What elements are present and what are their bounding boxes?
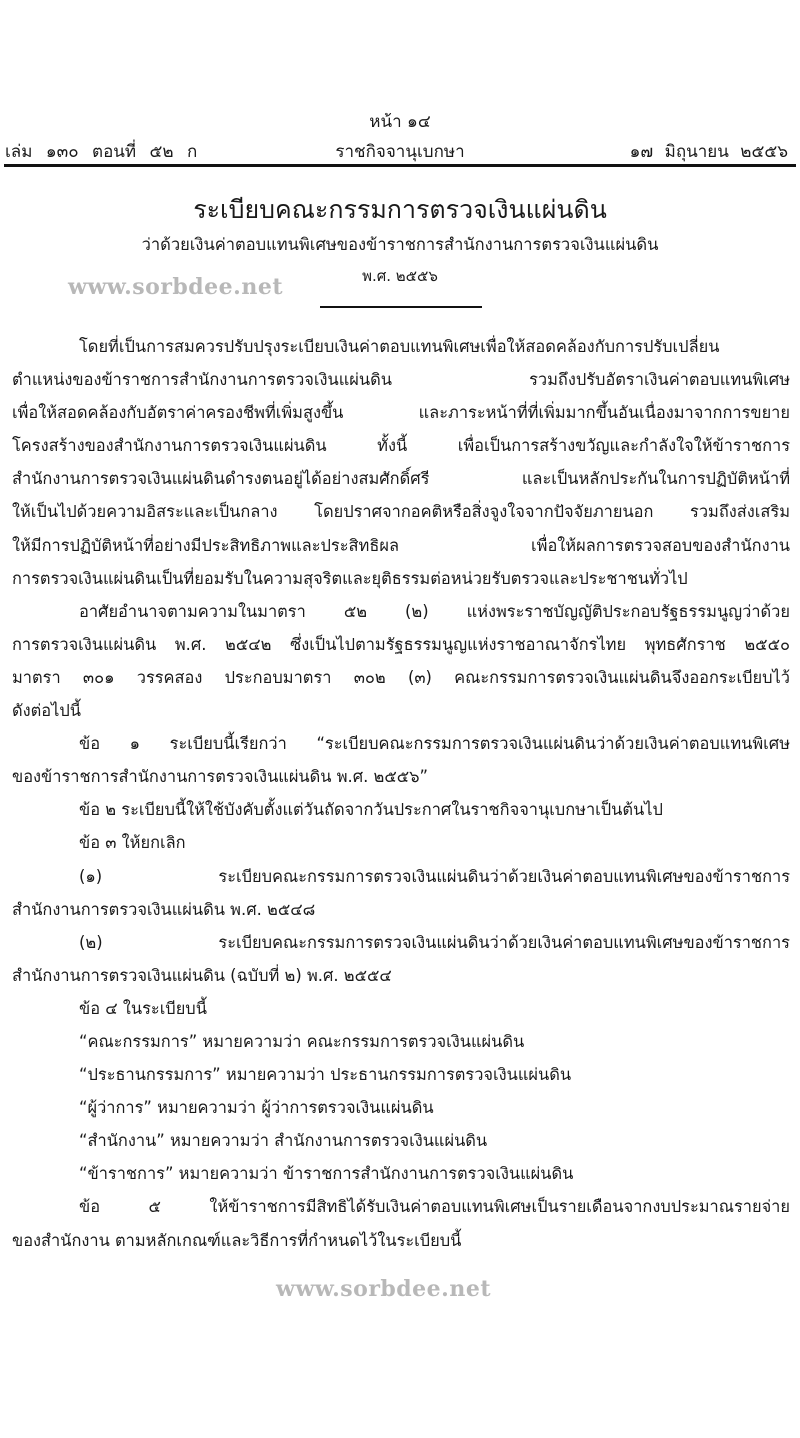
body-line: เพื่อให้สอดคล้องกับอัตราค่าครองชีพที่เพิ… xyxy=(12,396,790,429)
body-line: สำนักงานการตรวจเงินแผ่นดิน พ.ศ. ๒๕๔๘ xyxy=(12,893,790,926)
body-line: มาตรา ๓๐๑ วรรคสอง ประกอบมาตรา ๓๐๒ (๓) คณ… xyxy=(12,661,790,694)
body-line: ของสำนักงาน ตามหลักเกณฑ์และวิธีการที่กำห… xyxy=(12,1224,790,1257)
header-divider xyxy=(4,164,796,167)
body-line: ให้มีการปฏิบัติหน้าที่อย่างมีประสิทธิภาพ… xyxy=(12,529,790,562)
body-line: (๑) ระเบียบคณะกรรมการตรวจเงินแผ่นดินว่าด… xyxy=(12,860,790,893)
body-line: สำนักงานการตรวจเงินแผ่นดินดำรงตนอยู่ได้อ… xyxy=(12,462,790,495)
page-number: หน้า ๑๔ xyxy=(0,108,800,135)
watermark-top: www.sorbdee.net xyxy=(68,274,283,300)
title-divider xyxy=(320,306,482,308)
body-line: ข้อ ๒ ระเบียบนี้ให้ใช้บังคับตั้งแต่วันถั… xyxy=(12,793,790,826)
body-line: การตรวจเงินแผ่นดินเป็นที่ยอมรับในความสุจ… xyxy=(12,562,790,595)
body-line: ข้อ ๑ ระเบียบนี้เรียกว่า “ระเบียบคณะกรรม… xyxy=(12,727,790,760)
document-body: โดยที่เป็นการสมควรปรับปรุงระเบียบเงินค่า… xyxy=(12,330,790,1257)
body-line: อาศัยอำนาจตามความในมาตรา ๕๒ (๒) แห่งพระร… xyxy=(12,595,790,628)
body-line: โดยที่เป็นการสมควรปรับปรุงระเบียบเงินค่า… xyxy=(12,330,790,363)
body-line: โครงสร้างของสำนักงานการตรวจเงินแผ่นดิน ท… xyxy=(12,429,790,462)
body-line: ข้อ ๕ ให้ข้าราชการมีสิทธิได้รับเงินค่าตอ… xyxy=(12,1190,790,1223)
body-line: ดังต่อไปนี้ xyxy=(12,694,790,727)
body-line: “คณะกรรมการ” หมายความว่า คณะกรรมการตรวจเ… xyxy=(12,1025,790,1058)
watermark-bottom: www.sorbdee.net xyxy=(276,1276,491,1302)
document-subtitle: ว่าด้วยเงินค่าตอบแทนพิเศษของข้าราชการสำน… xyxy=(0,232,800,258)
body-line: ให้เป็นไปด้วยความอิสระและเป็นกลาง โดยปรา… xyxy=(12,495,790,528)
body-line: (๒) ระเบียบคณะกรรมการตรวจเงินแผ่นดินว่าด… xyxy=(12,926,790,959)
body-line: สำนักงานการตรวจเงินแผ่นดิน (ฉบับที่ ๒) พ… xyxy=(12,959,790,992)
publication-date: ๑๗ มิถุนายน ๒๕๕๖ xyxy=(630,138,788,165)
body-line: “สำนักงาน” หมายความว่า สำนักงานการตรวจเง… xyxy=(12,1124,790,1157)
body-line: ข้อ ๓ ให้ยกเลิก xyxy=(12,826,790,859)
body-line: ของข้าราชการสำนักงานการตรวจเงินแผ่นดิน พ… xyxy=(12,760,790,793)
body-line: การตรวจเงินแผ่นดิน พ.ศ. ๒๕๔๒ ซึ่งเป็นไปต… xyxy=(12,628,790,661)
body-line: “ผู้ว่าการ” หมายความว่า ผู้ว่าการตรวจเงิ… xyxy=(12,1091,790,1124)
document-title: ระเบียบคณะกรรมการตรวจเงินแผ่นดิน xyxy=(0,190,800,230)
body-line: “ประธานกรรมการ” หมายความว่า ประธานกรรมกา… xyxy=(12,1058,790,1091)
body-line: ข้อ ๔ ในระเบียบนี้ xyxy=(12,992,790,1025)
body-line: ตำแหน่งของข้าราชการสำนักงานการตรวจเงินแผ… xyxy=(12,363,790,396)
body-line: “ข้าราชการ” หมายความว่า ข้าราชการสำนักงา… xyxy=(12,1157,790,1190)
